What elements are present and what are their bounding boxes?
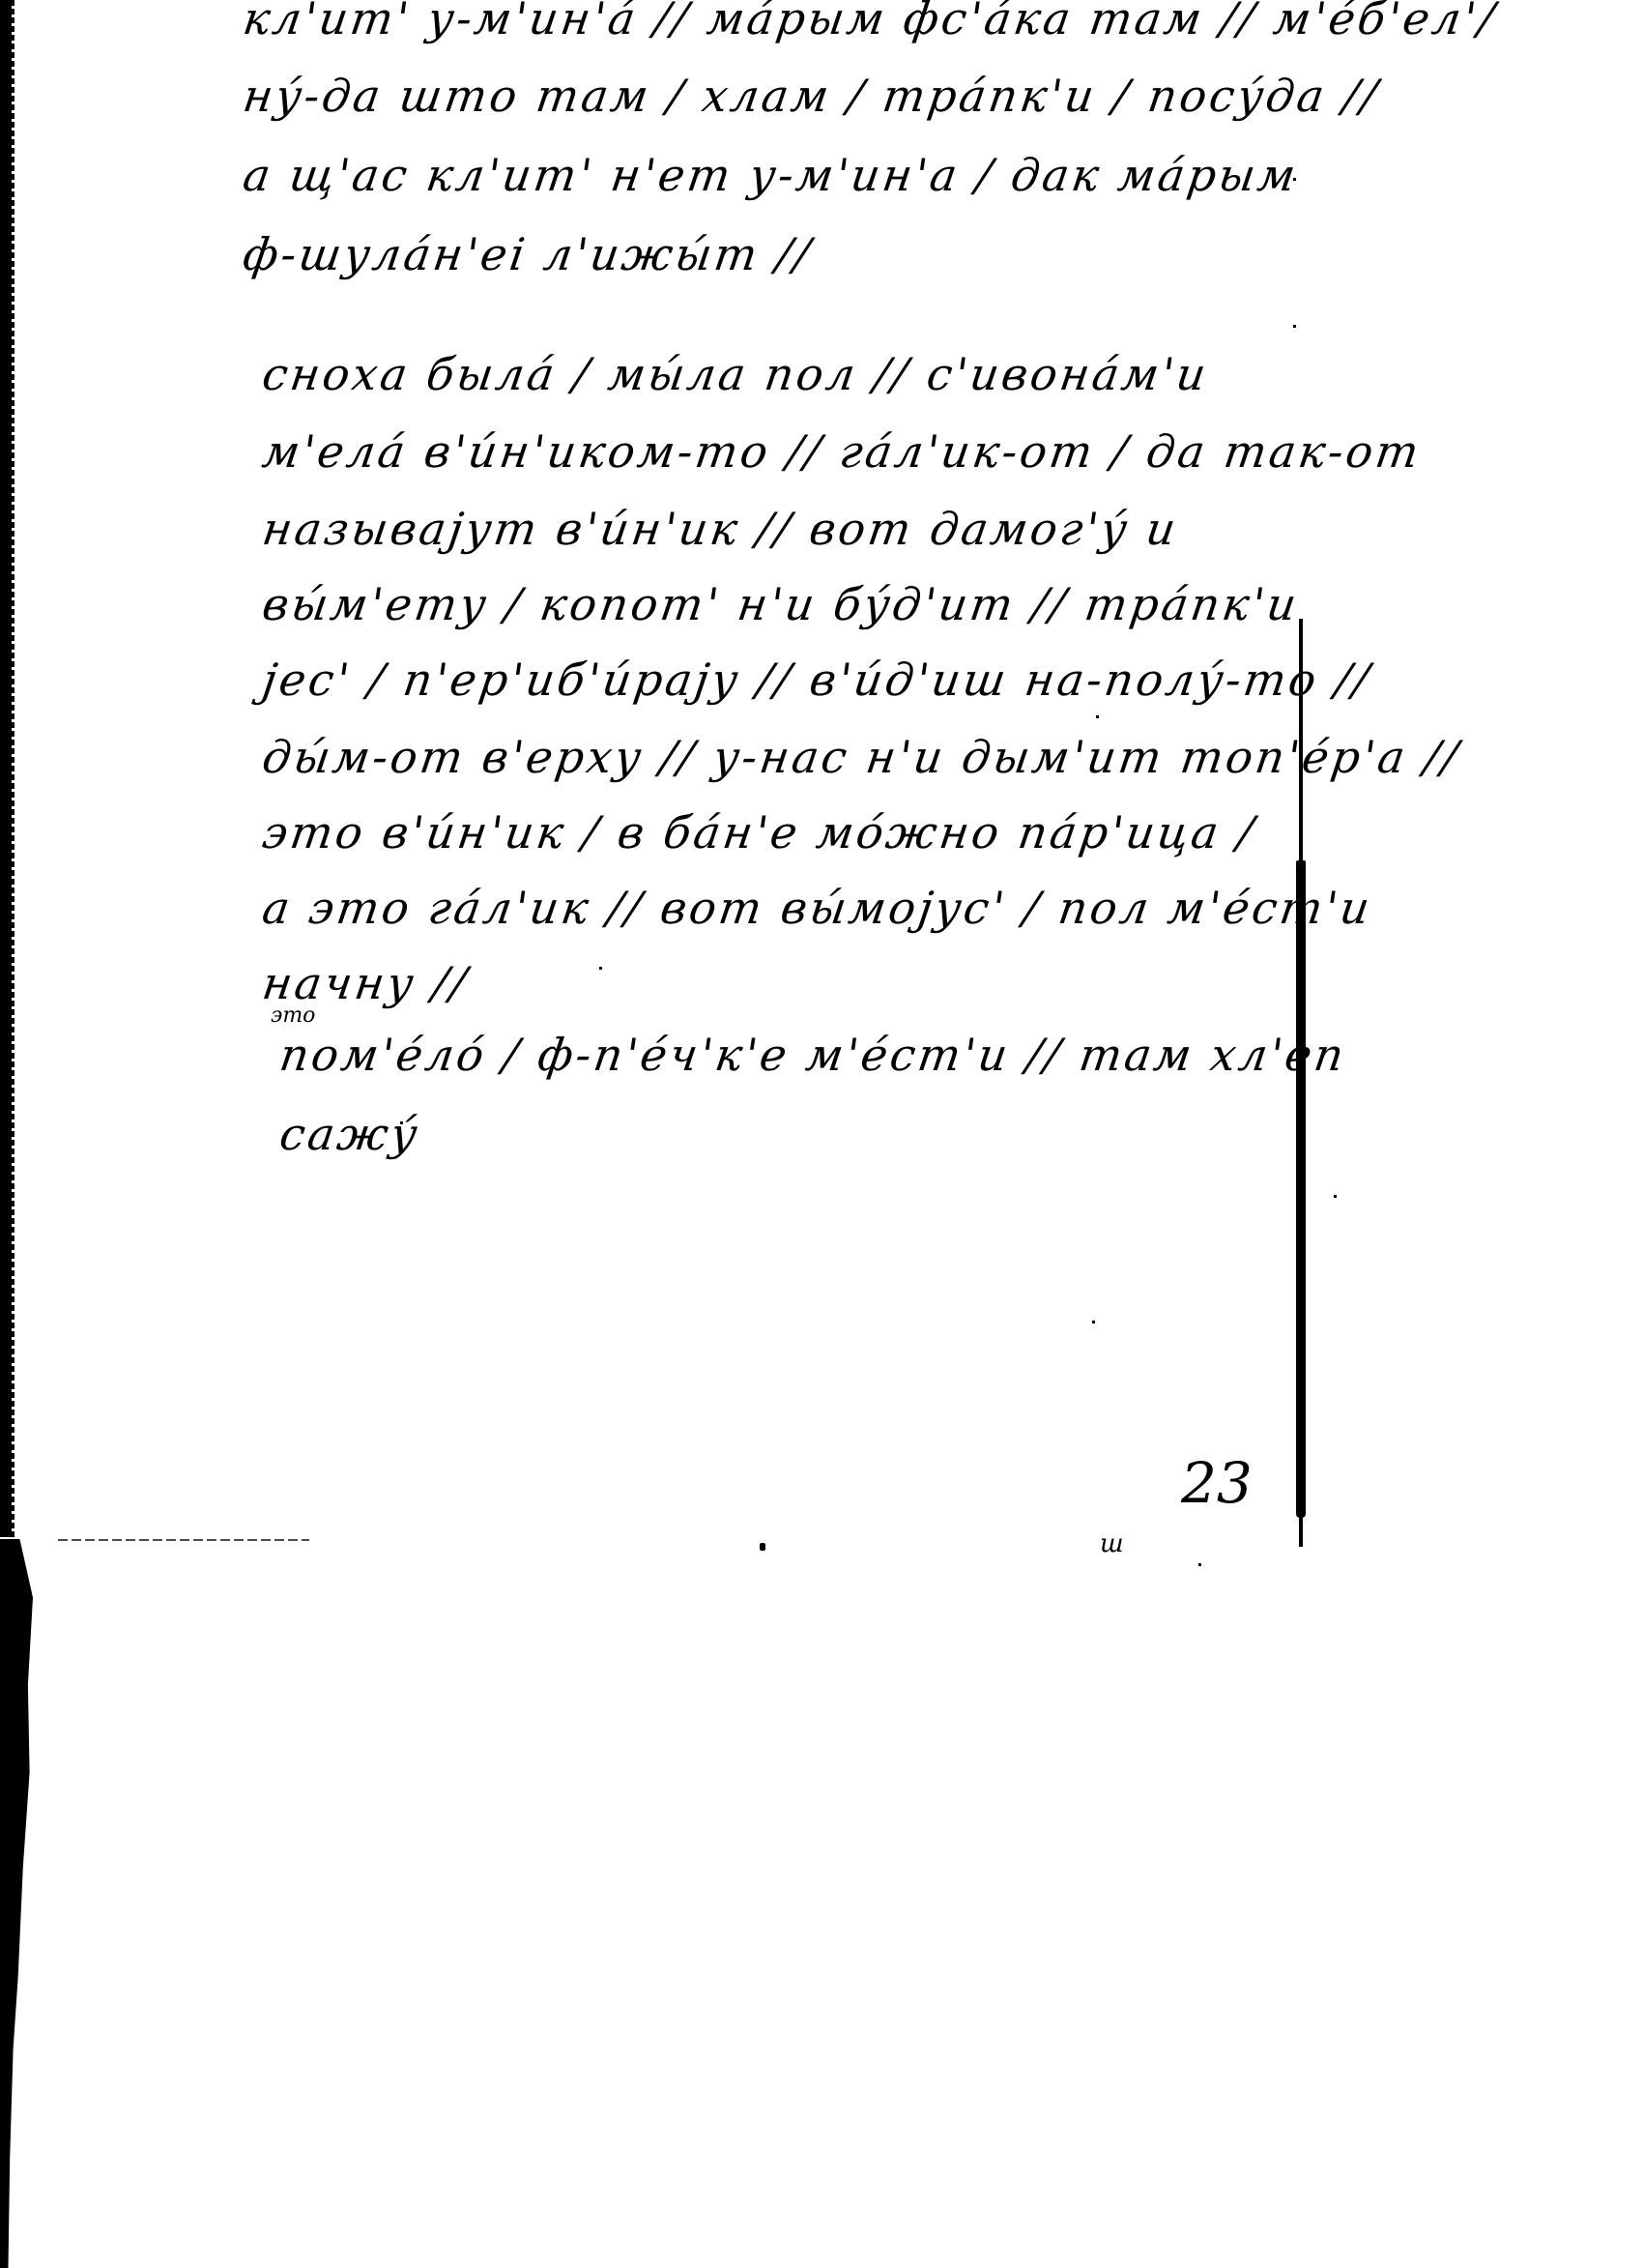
text-line: ды́м-от в'ерху // у-нас н'и дым'ит топ'е… — [259, 731, 1464, 783]
scan-speck — [1334, 1195, 1337, 1198]
binding-edge-shadow — [0, 0, 12, 1537]
text-line: начну // — [259, 957, 473, 1009]
text-line: сноха была́ / мы́ла пол // с'ивона́м'и — [259, 348, 1212, 400]
scan-dashed-rule — [58, 1539, 309, 1541]
text-line: пом'е́ло́ / ф-п'е́ч'к'е м'е́ст'и // там … — [276, 1029, 1349, 1081]
binding-edge-line — [12, 0, 14, 1537]
scan-speck — [1096, 715, 1099, 718]
text-line: ну́-да што там / хлам / тра́пк'и / посу́… — [240, 70, 1383, 122]
scan-speck — [1198, 1563, 1201, 1566]
text-line: вы́м'ету / копот' н'и бу́д'ит // тра́пк'… — [259, 578, 1302, 630]
text-line: м'ела́ в'и́н'иком-то // га́л'ик-от / да … — [259, 425, 1425, 478]
text-line: называјут в'и́н'ик // вот дамог'у́ и — [259, 503, 1182, 555]
ink-dot — [760, 1543, 765, 1551]
scan-blot — [0, 1539, 33, 2268]
text-line: ф-шула́н'еі л'ижы́т // — [240, 228, 816, 280]
superscript-insertion: это — [271, 1003, 315, 1028]
right-margin-rule-thick — [1296, 860, 1306, 1518]
text-line: это в'и́н'ик / в ба́н'е мо́жно па́р'ица … — [259, 806, 1259, 858]
scan-speck — [400, 1121, 403, 1124]
scan-speck — [1293, 178, 1296, 181]
scan-speck — [599, 967, 602, 970]
text-line: а это га́л'ик // вот вы́мојус' / пол м'е… — [259, 882, 1375, 934]
page-number: 23 — [1181, 1450, 1253, 1516]
scanned-page: кл'ит' у-м'ин'а́ // ма́рым фс'а́ка там /… — [0, 0, 1643, 2268]
margin-mark: ш — [1100, 1529, 1124, 1558]
text-line: сажу́ — [276, 1108, 423, 1160]
text-line: јес' / п'ер'иб'и́рају // в'и́д'иш на-пол… — [259, 654, 1375, 706]
scan-speck — [1092, 1321, 1095, 1323]
scan-speck — [1293, 325, 1296, 328]
text-line: а щ'ас кл'ит' н'ет у-м'ин'а / дак ма́рым — [240, 149, 1301, 201]
text-line: кл'ит' у-м'ин'а́ // ма́рым фс'а́ка там /… — [240, 0, 1500, 44]
